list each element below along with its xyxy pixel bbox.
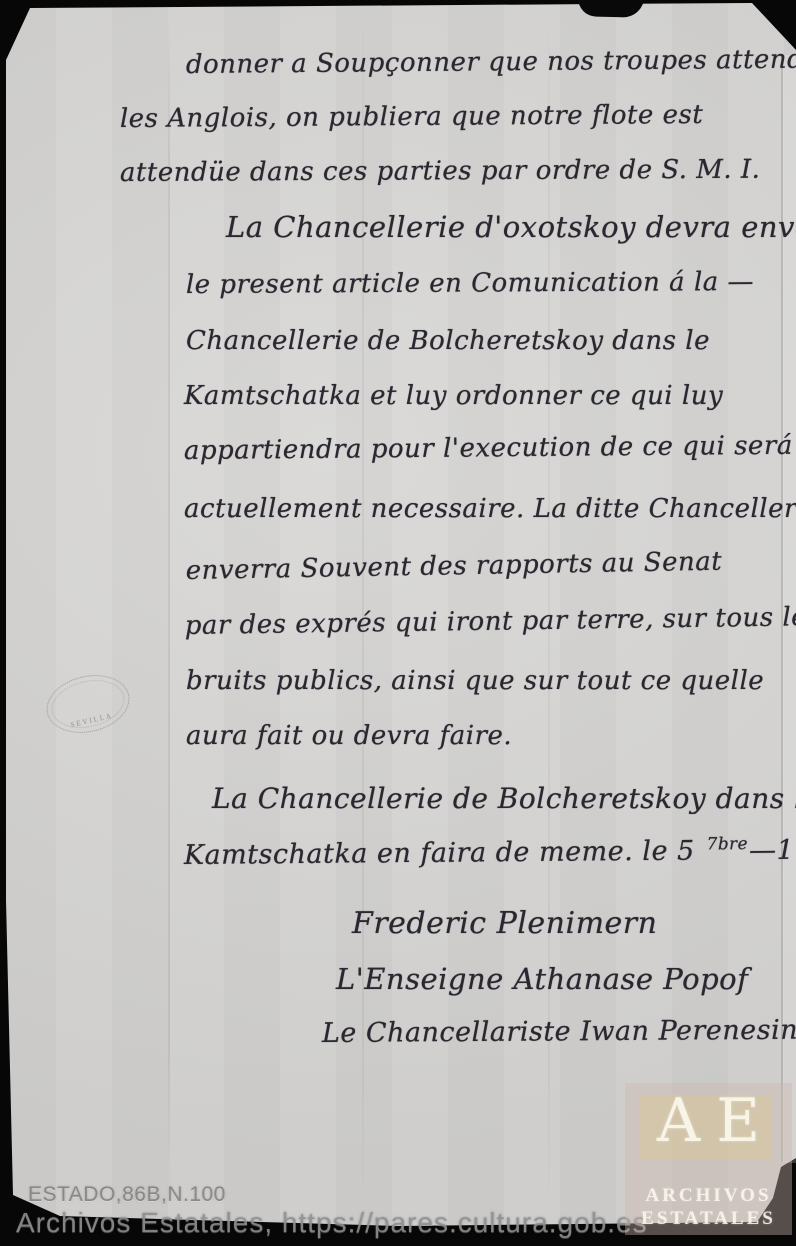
date-line-post: —1770.: [749, 834, 796, 866]
logo-initials: AE: [625, 1089, 792, 1153]
signature-line: L'Enseigne Athanase Popof: [336, 962, 748, 996]
manuscript-line: attendüe dans ces parties par ordre de S…: [120, 155, 761, 188]
manuscript-line: appartiendra pour l'execution de ce qui …: [184, 431, 793, 466]
manuscript-line: donner a Soupçonner que nos troupes atte…: [186, 44, 796, 80]
scanned-document-page: donner a Soupçonner que nos troupes atte…: [0, 0, 796, 1246]
manuscript-line: le present article en Comunication á la …: [186, 267, 754, 300]
date-line-pre: Kamtschatka en faira de meme. le 5: [184, 835, 704, 871]
signature-line: Frederic Plenimern: [352, 906, 657, 941]
manuscript-line: Kamtschatka et luy ordonner ce qui luy: [184, 381, 723, 411]
logo-text-estatales: ESTATALES: [625, 1208, 792, 1230]
attribution-watermark: Archivos Estatales, https://pares.cultur…: [16, 1207, 648, 1239]
manuscript-line: Chancellerie de Bolcheretskoy dans le: [186, 326, 710, 356]
date-line-superscript: 7bre: [707, 833, 748, 853]
document-reference-watermark: ESTADO,86B,N.100: [28, 1183, 226, 1207]
logo-text-archivos: ARCHIVOS: [625, 1185, 792, 1207]
manuscript-line: par des exprés qui iront par terre, sur …: [185, 602, 796, 641]
manuscript-line: actuellement necessaire. La ditte Chance…: [184, 494, 796, 524]
signature-line: Le Chancellariste Iwan Perenesin.: [322, 1015, 796, 1049]
manuscript-line: La Chancellerie d'oxotskoy devra envoyer: [226, 210, 796, 244]
manuscript-line: les Anglois, on publiera que notre flote…: [120, 100, 704, 134]
archivos-estatales-logo: AE ARCHIVOS ESTATALES: [625, 1083, 792, 1235]
manuscript-line: bruits publics, ainsi que sur tout ce qu…: [186, 666, 764, 696]
manuscript-text: donner a Soupçonner que nos troupes atte…: [0, 0, 796, 1246]
manuscript-line: La Chancellerie de Bolcheretskoy dans le: [212, 782, 796, 815]
manuscript-line: aura fait ou devra faire.: [186, 721, 512, 751]
manuscript-line: enverra Souvent des rapports au Senat: [185, 547, 722, 586]
manuscript-date-line: Kamtschatka en faira de meme. le 5 7bre—…: [184, 834, 796, 871]
